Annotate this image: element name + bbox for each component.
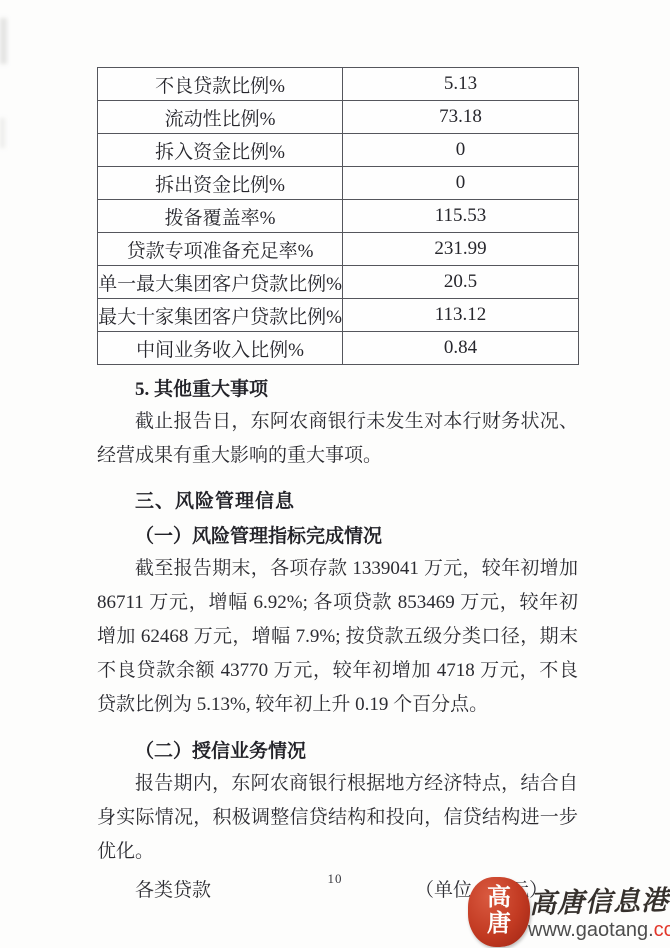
table-row: 贷款专项准备充足率% 231.99 <box>98 233 579 266</box>
heading-risk-indicator-completion: （一）风险管理指标完成情况 <box>97 522 578 552</box>
indicator-label-cell: 不良贷款比例% <box>98 68 343 101</box>
table-row: 拆出资金比例% 0 <box>98 167 579 200</box>
table-row: 中间业务收入比例% 0.84 <box>98 332 579 365</box>
table-row: 拨备覆盖率% 115.53 <box>98 200 579 233</box>
scan-artifact <box>0 118 5 148</box>
seal-char-top: 高 <box>487 886 511 912</box>
indicator-label-cell: 最大十家集团客户贷款比例% <box>98 299 343 332</box>
paragraph-risk-indicators: 截至报告期末，各项存款 1339041 万元，较年初增加 86711 万元，增幅… <box>97 552 578 722</box>
table-row: 最大十家集团客户贷款比例% 113.12 <box>98 299 579 332</box>
url-suffix: cc <box>654 919 670 941</box>
indicator-label-cell: 拨备覆盖率% <box>98 200 343 233</box>
paragraph-other-major-matters: 截止报告日，东阿农商银行未发生对本行财务状况、经营成果有重大影响的重大事项。 <box>97 405 578 473</box>
indicator-label-cell: 流动性比例% <box>98 101 343 134</box>
indicator-value-cell: 20.5 <box>343 266 579 299</box>
heading-other-major-matters: 5. 其他重大事项 <box>97 375 578 405</box>
watermark-site-name: 高唐信息港 <box>529 878 670 921</box>
indicator-value-cell: 0.84 <box>343 332 579 365</box>
indicator-label-cell: 拆出资金比例% <box>98 167 343 200</box>
indicator-value-cell: 0 <box>343 134 579 167</box>
gaotang-seal-logo-icon: 高 唐 <box>468 877 530 947</box>
indicator-label-cell: 贷款专项准备充足率% <box>98 233 343 266</box>
indicator-label-cell: 单一最大集团客户贷款比例% <box>98 266 343 299</box>
risk-indicators-body: 不良贷款比例% 5.13 流动性比例% 73.18 拆入资金比例% 0 拆出资金… <box>98 68 579 365</box>
indicator-value-cell: 113.12 <box>343 299 579 332</box>
indicator-label-cell: 拆入资金比例% <box>98 134 343 167</box>
indicator-value-cell: 5.13 <box>343 68 579 101</box>
heading-risk-management-info: 三、风险管理信息 <box>97 487 578 517</box>
indicator-value-cell: 0 <box>343 167 579 200</box>
indicator-value-cell: 231.99 <box>343 233 579 266</box>
table-row: 单一最大集团客户贷款比例% 20.5 <box>98 266 579 299</box>
watermark-site-url: www.gaotang.cc <box>528 919 670 942</box>
document-page: 不良贷款比例% 5.13 流动性比例% 73.18 拆入资金比例% 0 拆出资金… <box>0 0 670 948</box>
indicator-label-cell: 中间业务收入比例% <box>98 332 343 365</box>
url-main: www.gaotang. <box>528 919 654 941</box>
heading-credit-business: （二）授信业务情况 <box>97 737 578 767</box>
indicator-value-cell: 115.53 <box>343 200 579 233</box>
paragraph-credit-business: 报告期内，东阿农商银行根据地方经济特点，结合自身实际情况，积极调整信贷结构和投向… <box>97 767 578 869</box>
document-body: 5. 其他重大事项 截止报告日，东阿农商银行未发生对本行财务状况、经营成果有重大… <box>97 369 578 906</box>
risk-indicators-table: 不良贷款比例% 5.13 流动性比例% 73.18 拆入资金比例% 0 拆出资金… <box>97 67 579 365</box>
indicator-value-cell: 73.18 <box>343 101 579 134</box>
table-row: 不良贷款比例% 5.13 <box>98 68 579 101</box>
table-row: 拆入资金比例% 0 <box>98 134 579 167</box>
table-row: 流动性比例% 73.18 <box>98 101 579 134</box>
scan-artifact <box>0 18 7 64</box>
seal-char-bottom: 唐 <box>487 912 511 938</box>
